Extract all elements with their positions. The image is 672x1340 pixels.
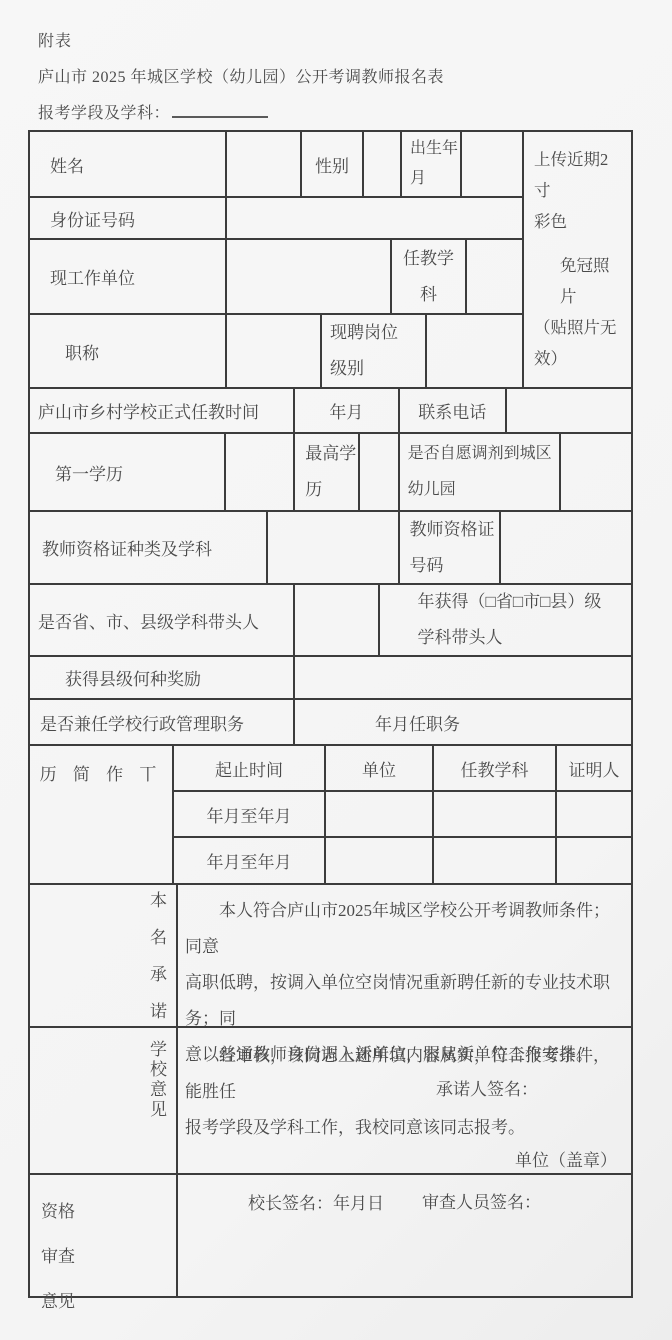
school-opinion-content-cell: 经审核，该同志上述所填内容属实，符合报考条件，能胜任 报考学段及学科工作，我校同… xyxy=(178,1028,631,1173)
birth-label: 出生年 月 xyxy=(402,132,462,196)
name-value-cell xyxy=(227,132,302,196)
cert-number-label: 教师资格证 号码 xyxy=(400,512,501,583)
review-content-cell: 审查人员签名： xyxy=(178,1175,631,1296)
subject-label: 报考学段及学科： xyxy=(38,105,170,122)
school-opinion-group-label-cell: 学 校 意 见 xyxy=(30,1028,178,1173)
photo-instruction-line2: 彩色 xyxy=(534,206,623,237)
post-level-label: 现聘岗位 级别 xyxy=(322,315,427,387)
work-resume-block: 历 简 作 丅 起止时间 单位 任教学科 证明人 年月至年月 年月至年月 xyxy=(30,746,631,885)
rural-teaching-time-value: 年月 xyxy=(295,389,399,432)
resume-row1-unit-cell xyxy=(326,792,434,836)
application-form-document: 附表 庐山市 2025 年城区学校（幼儿园）公开考调教师报名表 报考学段及学科：… xyxy=(0,0,672,1340)
resume-row2-subject-cell xyxy=(434,838,557,883)
id-number-value-cell xyxy=(227,198,524,238)
resume-row-1: 年月至年月 xyxy=(174,792,631,838)
subject-line: 报考学段及学科： xyxy=(38,100,268,123)
school-seal-label: 单位（盖章） xyxy=(178,1146,631,1176)
row-rural-teaching-time: 庐山市乡村学校正式任教时间 年月 联系电话 xyxy=(30,389,631,434)
resume-col-time: 起止时间 xyxy=(174,746,326,790)
promise-content-cell: 本人符合庐山市2025年城区学校公开考调教师条件；同意 高职低聘，按调入单位空岗… xyxy=(178,885,631,1026)
review-group-label: 资格 审查 意见 xyxy=(41,1189,176,1324)
row-qualification-review: 资格 审查 意见 审查人员签名： xyxy=(30,1175,631,1296)
rural-teaching-time-label: 庐山市乡村学校正式任教时间 xyxy=(30,389,295,432)
photo-instruction-line4: （贴照片无 效） xyxy=(534,312,623,374)
school-opinion-group-label: 学 校 意 见 xyxy=(150,1040,167,1120)
transfer-willing-value-cell xyxy=(561,434,631,510)
subject-leader-year-label: 年获得（□省□市□县）级 学科带头人 xyxy=(380,585,631,655)
row-work-unit: 现工作单位 任教学 科 xyxy=(30,240,524,315)
resume-row1-time: 年月至年月 xyxy=(174,792,326,836)
resume-col-subject: 任教学科 xyxy=(434,746,557,790)
cert-type-label: 教师资格证种类及学科 xyxy=(30,512,268,583)
row-title: 职称 现聘岗位 级别 xyxy=(30,315,524,387)
title-label: 职称 xyxy=(30,315,227,387)
cert-number-value-cell xyxy=(501,512,631,583)
promise-group-label: 本 名 承 诺 xyxy=(150,882,167,1030)
resume-col-unit: 单位 xyxy=(326,746,434,790)
work-resume-rows: 起止时间 单位 任教学科 证明人 年月至年月 年月至年月 xyxy=(174,746,631,883)
form-title: 庐山市 2025 年城区学校（幼儿园）公开考调教师报名表 xyxy=(38,64,444,87)
row-personal-promise: 本 名 承 诺 本人符合庐山市2025年城区学校公开考调教师条件；同意 高职低聘… xyxy=(30,885,631,1028)
photo-instruction-line3: 免冠照片 xyxy=(534,250,623,312)
work-unit-value-cell xyxy=(227,240,392,313)
subject-leader-label: 是否省、市、县级学科带头人 xyxy=(30,585,295,655)
resume-row2-unit-cell xyxy=(326,838,434,883)
reviewer-sign-label: 审查人员签名： xyxy=(178,1175,631,1215)
phone-value-cell xyxy=(507,389,631,432)
school-opinion-body-text: 经审核，该同志上述所填内容属实，符合报考条件，能胜任 报考学段及学科工作，我校同… xyxy=(178,1028,631,1146)
first-degree-value-cell xyxy=(226,434,296,510)
resume-row1-subject-cell xyxy=(434,792,557,836)
promise-group-label-cell: 本 名 承 诺 xyxy=(30,885,178,1026)
photo-instruction-line1: 上传近期2寸 xyxy=(534,144,623,206)
county-award-label: 获得县级何种奖励 xyxy=(30,657,295,698)
title-value-cell xyxy=(227,315,322,387)
form-table: 姓名 性别 出生年 月 身份证号码 现工作单位 任教学 科 xyxy=(28,130,633,1298)
resume-header-row: 起止时间 单位 任教学科 证明人 xyxy=(174,746,631,792)
teach-subject-value-cell xyxy=(467,240,524,313)
row-education: 第一学历 最高学 历 是否自愿调剂到城区 幼儿园 xyxy=(30,434,631,512)
row-name: 姓名 性别 出生年 月 xyxy=(30,132,524,198)
admin-duty-label: 是否兼任学校行政管理职务 xyxy=(30,700,295,744)
attachment-note: 附表 xyxy=(38,28,72,51)
row-id-number: 身份证号码 xyxy=(30,198,524,240)
resume-row2-time: 年月至年月 xyxy=(174,838,326,883)
resume-row2-witness-cell xyxy=(557,838,631,883)
id-number-label: 身份证号码 xyxy=(30,198,227,238)
admin-duty-value: 年月任职务 xyxy=(295,700,631,744)
work-unit-label: 现工作单位 xyxy=(30,240,227,313)
resume-row1-witness-cell xyxy=(557,792,631,836)
birth-value-cell xyxy=(462,132,524,196)
row-subject-leader: 是否省、市、县级学科带头人 年获得（□省□市□县）级 学科带头人 xyxy=(30,585,631,657)
gender-value-cell xyxy=(364,132,402,196)
phone-label: 联系电话 xyxy=(400,389,507,432)
row-admin-duty: 是否兼任学校行政管理职务 年月任职务 xyxy=(30,700,631,746)
row-county-award: 获得县级何种奖励 xyxy=(30,657,631,700)
row-school-opinion: 学 校 意 见 经审核，该同志上述所填内容属实，符合报考条件，能胜任 报考学段及… xyxy=(30,1028,631,1175)
resume-row-2: 年月至年月 xyxy=(174,838,631,883)
post-level-value-cell xyxy=(427,315,524,387)
gender-label: 性别 xyxy=(302,132,364,196)
cert-type-value-cell xyxy=(268,512,399,583)
subject-blank-underline xyxy=(172,102,268,118)
photo-upload-cell: 上传近期2寸 彩色 免冠照片 （贴照片无 效） xyxy=(524,132,631,387)
work-resume-group-label: 历 简 作 丅 xyxy=(30,746,174,883)
highest-degree-label: 最高学 历 xyxy=(295,434,360,510)
resume-col-witness: 证明人 xyxy=(557,746,631,790)
teach-subject-label: 任教学 科 xyxy=(392,240,467,313)
first-degree-label: 第一学历 xyxy=(30,434,226,510)
transfer-willing-label: 是否自愿调剂到城区 幼儿园 xyxy=(400,434,561,510)
row-teacher-cert: 教师资格证种类及学科 教师资格证 号码 xyxy=(30,512,631,585)
highest-degree-value-cell xyxy=(360,434,400,510)
personal-info-left: 姓名 性别 出生年 月 身份证号码 现工作单位 任教学 科 xyxy=(30,132,524,387)
personal-info-block: 姓名 性别 出生年 月 身份证号码 现工作单位 任教学 科 xyxy=(30,132,631,389)
name-label: 姓名 xyxy=(30,132,227,196)
subject-leader-value-cell xyxy=(295,585,379,655)
county-award-value-cell xyxy=(295,657,631,698)
review-group-label-cell: 资格 审查 意见 xyxy=(30,1175,178,1296)
